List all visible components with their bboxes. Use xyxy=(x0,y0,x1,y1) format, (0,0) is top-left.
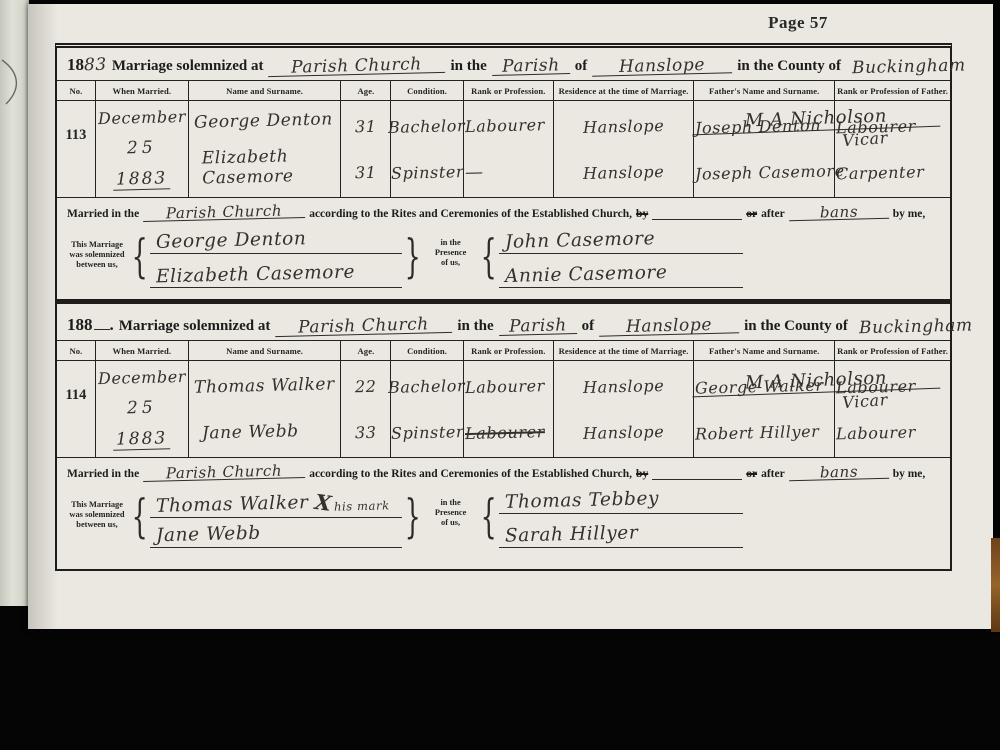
witness-signatures: Thomas Tebbey Sarah Hillyer xyxy=(499,490,743,548)
when-married-year: 1883 xyxy=(113,428,171,450)
bride-residence: Hanslope xyxy=(583,162,665,183)
groom-profession: Labourer xyxy=(465,375,553,396)
signatures-row: This Marriage was solemnized between us,… xyxy=(57,482,950,548)
parties-signatures: George Denton Elizabeth Casemore xyxy=(150,230,402,288)
when-married-day: 25 xyxy=(127,138,157,159)
col-condition: Condition. xyxy=(391,341,463,361)
solemnized-label-line2: was solemnized xyxy=(65,510,129,520)
col-rank: Rank or Profession. xyxy=(463,81,553,101)
table-header-row: No. When Married. Name and Surname. Age.… xyxy=(57,341,950,361)
witness-signature-1: Thomas Tebbey xyxy=(505,488,660,513)
register-page: Page 57 1883 Marriage solemnized at Pari… xyxy=(28,4,993,629)
witness-signature-1: John Casemore xyxy=(505,228,656,253)
when-married-day: 25 xyxy=(127,398,157,419)
bride-signature: Elizabeth Casemore xyxy=(156,262,356,288)
year: 188. xyxy=(67,315,114,335)
groom-name: Thomas Walker xyxy=(190,374,340,398)
county-of-label: in the County of xyxy=(744,318,848,335)
col-no: No. xyxy=(57,81,95,101)
col-name-surname: Name and Surname. xyxy=(188,81,341,101)
bride-father-name: Joseph Casemore xyxy=(695,161,834,183)
rites-label: according to the Rites and Ceremonies of… xyxy=(309,468,632,480)
signatures-row: This Marriage was solemnized between us,… xyxy=(57,222,950,288)
year: 1883 xyxy=(67,55,107,75)
district-handwritten: Parish xyxy=(492,57,570,76)
bride-condition: Spinster xyxy=(390,162,464,183)
col-name-surname: Name and Surname. xyxy=(188,341,341,361)
district-handwritten: Parish xyxy=(498,317,576,336)
rites-label: according to the Rites and Ceremonies of… xyxy=(309,208,632,220)
parties-signatures: Thomas WalkerXhis mark Jane Webb xyxy=(150,490,402,548)
col-no: No. xyxy=(57,341,95,361)
year-printed: 18 xyxy=(67,55,84,74)
county-of-label: in the County of xyxy=(737,58,841,75)
county-handwritten: Buckingham xyxy=(846,58,958,77)
bride-father-profession: Carpenter xyxy=(836,161,949,183)
presence-label-line3: of us, xyxy=(424,258,478,268)
ceremony-line: Married in the Parish Church according t… xyxy=(57,457,950,482)
bride-condition: Spinster xyxy=(390,422,464,443)
close-brace: } xyxy=(405,488,421,544)
married-in-label: Married in the xyxy=(67,468,139,480)
col-father-name: Father's Name and Surname. xyxy=(694,341,835,361)
col-father-rank: Rank or Profession of Father. xyxy=(835,341,950,361)
solemnized-between-label: This Marriage was solemnized between us, xyxy=(65,228,129,270)
col-condition: Condition. xyxy=(391,81,463,101)
register-entry-114: 188. Marriage solemnized at Parish Churc… xyxy=(55,301,952,571)
banns-handwritten: bans xyxy=(789,465,889,481)
place-handwritten: Parish Church xyxy=(275,316,452,337)
groom-mark-x: X xyxy=(313,489,333,516)
entry-heading: 1883 Marriage solemnized at Parish Churc… xyxy=(57,48,950,77)
register-entry-113: 1883 Marriage solemnized at Parish Churc… xyxy=(55,43,952,301)
married-in-label: Married in the xyxy=(67,208,139,220)
presence-label-line3: of us, xyxy=(424,518,478,528)
solemnized-label-line1: This Marriage xyxy=(65,240,129,250)
bride-father-name: Robert Hillyer xyxy=(695,421,834,443)
or-label-struck: or xyxy=(746,468,757,480)
when-married-month: December xyxy=(98,367,187,388)
groom-signature: George Denton xyxy=(156,228,307,253)
blank-line xyxy=(652,207,742,220)
officiant-signature: M A Nicholson Vicar xyxy=(692,108,940,152)
blank-line xyxy=(652,467,742,480)
in-the-label: in the xyxy=(457,318,493,335)
year-period: . xyxy=(110,315,114,334)
bride-age: 33 xyxy=(355,422,377,442)
open-brace: { xyxy=(132,488,148,544)
groom-residence: Hanslope xyxy=(583,116,665,137)
bride-name: Elizabeth Casemore xyxy=(189,145,340,189)
in-the-label: in the xyxy=(450,58,486,75)
after-label: after xyxy=(761,468,785,480)
col-father-rank: Rank or Profession of Father. xyxy=(835,81,950,101)
open-brace: { xyxy=(480,228,496,284)
table-wood-edge xyxy=(991,538,1000,632)
bride-name: Jane Webb xyxy=(190,420,340,444)
groom-name: George Denton xyxy=(190,109,340,133)
page-number: Page 57 xyxy=(688,13,908,33)
groom-age: 31 xyxy=(355,116,377,136)
county-handwritten: Buckingham xyxy=(853,318,965,337)
place-handwritten: Parish Church xyxy=(268,56,445,77)
bride-father-profession: Labourer xyxy=(836,421,949,443)
presence-label-line1: in the xyxy=(424,498,478,508)
when-married-month: December xyxy=(98,107,187,128)
entry-number: 113 xyxy=(57,101,95,144)
ceremony-line: Married in the Parish Church according t… xyxy=(57,197,950,222)
banns-handwritten: bans xyxy=(789,205,889,221)
col-when-married: When Married. xyxy=(95,81,188,101)
presence-label-line2: Presence xyxy=(424,508,478,518)
bride-age: 31 xyxy=(355,162,377,182)
col-when-married: When Married. xyxy=(95,341,188,361)
register-photo: Page 57 1883 Marriage solemnized at Pari… xyxy=(0,0,1000,750)
col-residence: Residence at the time of Marriage. xyxy=(553,341,693,361)
when-married-year: 1883 xyxy=(113,168,171,190)
solemnized-label-line3: between us, xyxy=(65,260,129,270)
solemnized-label-line2: was solemnized xyxy=(65,250,129,260)
col-rank: Rank or Profession. xyxy=(463,341,553,361)
or-label-struck: or xyxy=(746,208,757,220)
witness-signature-2: Sarah Hillyer xyxy=(505,522,639,546)
ceremony-place-handwritten: Parish Church xyxy=(143,204,305,222)
presence-label: in the Presence of us, xyxy=(424,488,478,528)
bride-residence: Hanslope xyxy=(583,422,665,443)
officiant-signature: M A Nicholson Vicar xyxy=(692,370,940,414)
presence-label: in the Presence of us, xyxy=(424,228,478,268)
after-label: after xyxy=(761,208,785,220)
col-age: Age. xyxy=(341,81,391,101)
bride-profession-struck: Labourer xyxy=(465,421,553,442)
facing-page-edge xyxy=(0,0,29,606)
col-father-name: Father's Name and Surname. xyxy=(694,81,835,101)
open-brace: { xyxy=(480,488,496,544)
groom-mark-text: his mark xyxy=(334,498,390,513)
bride-profession: — xyxy=(465,160,553,183)
entry-heading: 188. Marriage solemnized at Parish Churc… xyxy=(57,304,950,337)
groom-residence: Hanslope xyxy=(583,376,665,397)
presence-label-line2: Presence xyxy=(424,248,478,258)
by-me-label: by me, xyxy=(893,468,926,480)
table-header-row: No. When Married. Name and Surname. Age.… xyxy=(57,81,950,101)
year-blank xyxy=(94,315,110,330)
col-age: Age. xyxy=(341,341,391,361)
presence-label-line1: in the xyxy=(424,238,478,248)
bride-signature: Jane Webb xyxy=(156,523,261,547)
solemnized-label-line3: between us, xyxy=(65,520,129,530)
solemnized-at-label: Marriage solemnized at xyxy=(119,318,271,335)
of-label: of xyxy=(575,58,588,75)
entry-number: 114 xyxy=(57,361,95,404)
solemnized-between-label: This Marriage was solemnized between us, xyxy=(65,488,129,530)
groom-condition: Bachelor xyxy=(388,376,466,397)
ceremony-place-handwritten: Parish Church xyxy=(143,464,305,482)
by-label-struck: by xyxy=(636,208,648,220)
col-residence: Residence at the time of Marriage. xyxy=(553,81,693,101)
pen-mark xyxy=(0,52,28,112)
groom-age: 22 xyxy=(355,376,377,396)
solemnized-at-label: Marriage solemnized at xyxy=(112,58,264,75)
solemnized-label-line1: This Marriage xyxy=(65,500,129,510)
close-brace: } xyxy=(405,228,421,284)
groom-signature: Thomas Walker xyxy=(156,492,309,517)
open-brace: { xyxy=(132,228,148,284)
by-label-struck: by xyxy=(636,468,648,480)
groom-profession: Labourer xyxy=(465,115,553,136)
year-printed: 188 xyxy=(67,315,93,334)
of-label: of xyxy=(582,318,595,335)
year-handwritten: 83 xyxy=(84,55,107,76)
by-me-label: by me, xyxy=(893,208,926,220)
parish-handwritten: Hanslope xyxy=(599,316,739,336)
parish-handwritten: Hanslope xyxy=(592,56,732,76)
witness-signature-2: Annie Casemore xyxy=(505,262,668,287)
witness-signatures: John Casemore Annie Casemore xyxy=(499,230,743,288)
groom-condition: Bachelor xyxy=(388,116,466,137)
